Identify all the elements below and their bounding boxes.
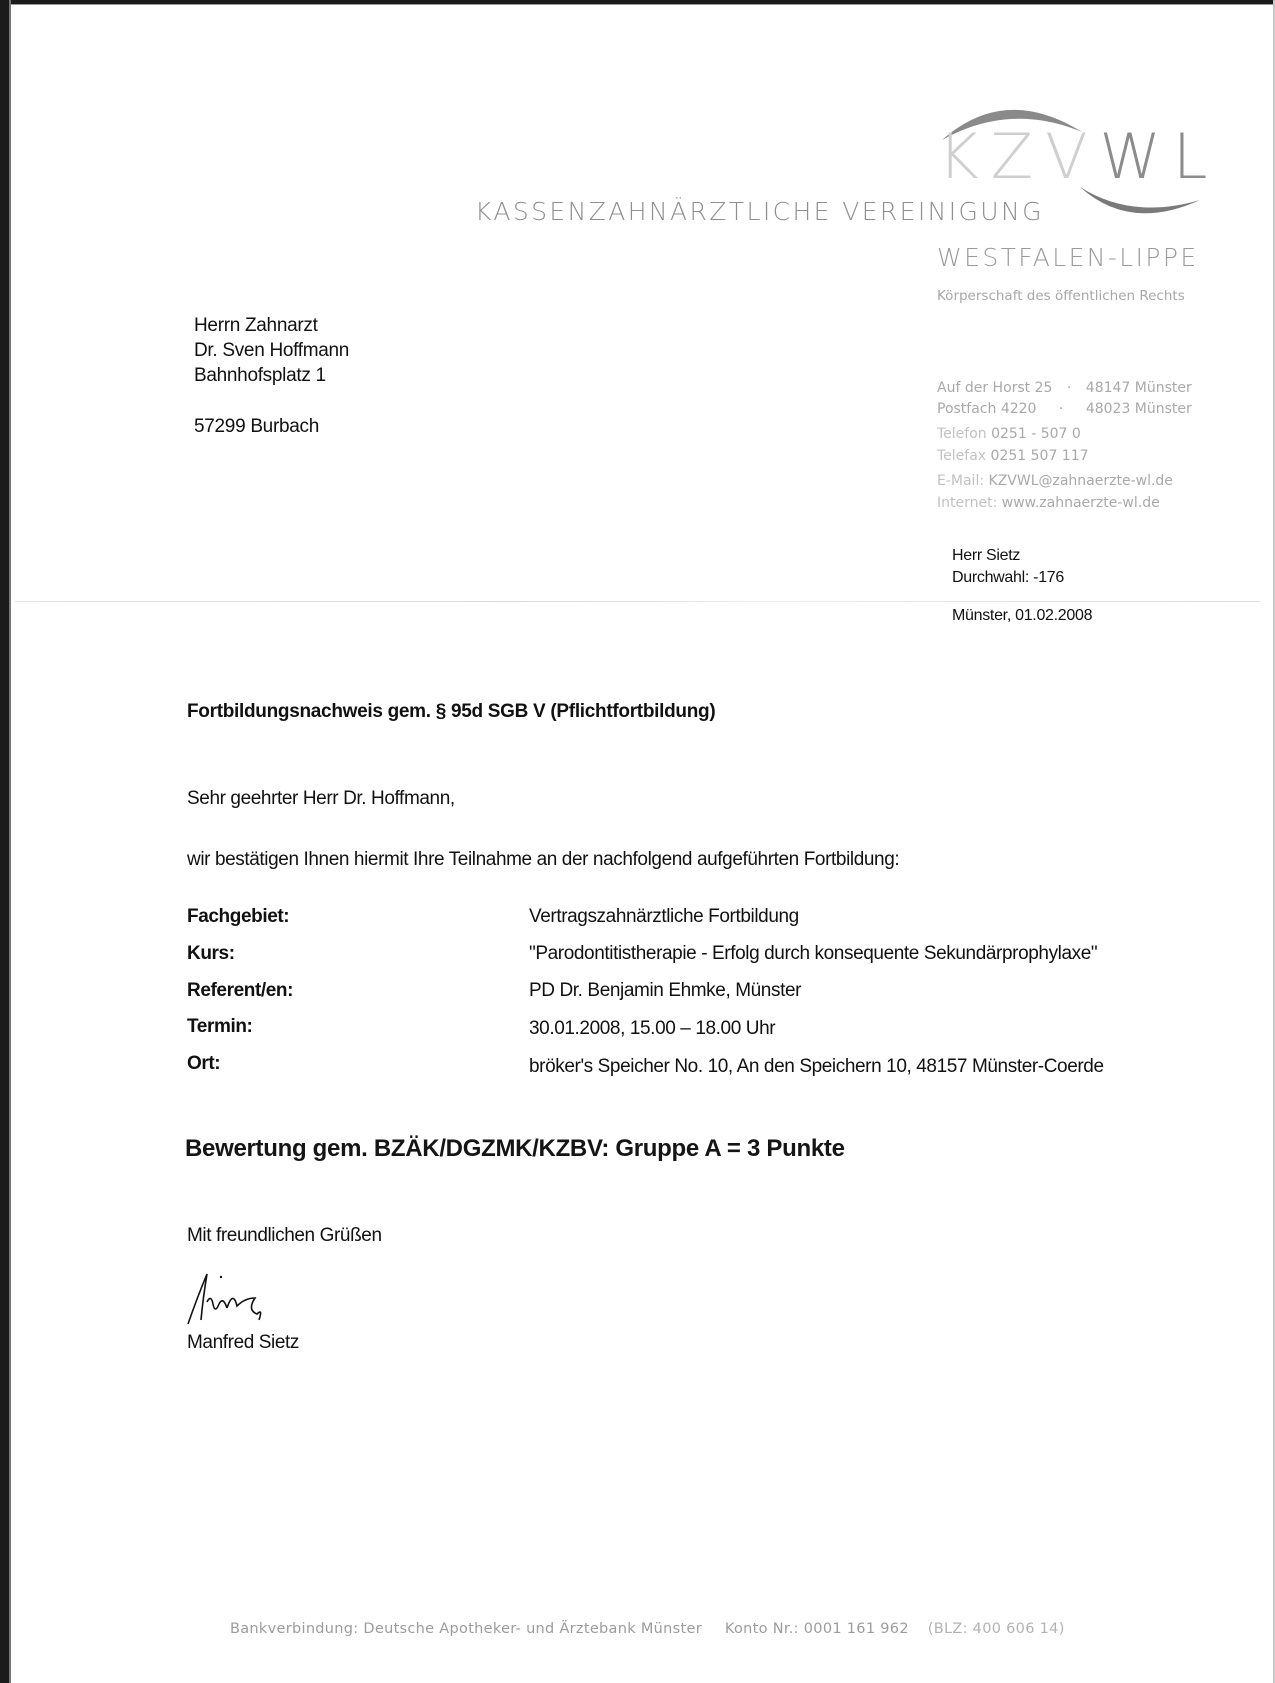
organization-name: KASSENZAHNÄRZTLICHE VEREINIGUNG [475, 197, 1044, 226]
detail-value-location: bröker's Speicher No. 10, An den Speiche… [529, 1056, 1104, 1078]
letter-subject: Fortbildungsnachweis gem. § 95d SGB V (P… [187, 701, 715, 723]
postbox-address: Postfach 4220 · 48023 Münster [937, 401, 1192, 417]
scan-border-top-edge [0, 4, 1275, 5]
email-link[interactable]: KZVWL@zahnaerzte-wl.de [989, 473, 1173, 489]
detail-label-course: Kurs: [187, 943, 235, 965]
fax: Telefax 0251 507 117 [937, 448, 1089, 464]
fax-label: Telefax [937, 448, 986, 464]
web-label: Internet: [937, 495, 997, 511]
recipient-street: Bahnhofsplatz 1 [194, 365, 326, 387]
account-number: Konto Nr.: 0001 161 962 [725, 1621, 909, 1637]
scan-border-left [0, 0, 9, 1683]
separator: · [1059, 401, 1063, 417]
phone-label: Telefon [937, 426, 987, 442]
contact-person: Herr Sietz [952, 547, 1020, 565]
salutation: Sehr geehrter Herr Dr. Hoffmann, [187, 788, 455, 810]
detail-value-course: "Parodontitistherapie - Erfolg durch kon… [529, 943, 1097, 965]
phone: Telefon 0251 - 507 0 [937, 426, 1081, 442]
organization-region: WESTFALEN-LIPPE [937, 243, 1199, 272]
bank-code: (BLZ: 400 606 14) [928, 1621, 1065, 1637]
paper-fold-line [15, 601, 1260, 602]
signatory-name: Manfred Sietz [187, 1332, 299, 1354]
email: E-Mail: KZVWL@zahnaerzte-wl.de [937, 473, 1173, 489]
street-city: 48147 Münster [1086, 380, 1192, 396]
street: Auf der Horst 25 [937, 380, 1052, 396]
closing: Mit freundlichen Grüßen [187, 1225, 382, 1247]
phone-value: 0251 - 507 0 [991, 426, 1081, 442]
detail-label-field: Fachgebiet: [187, 906, 289, 928]
bank-details-footer: Bankverbindung: Deutsche Apotheker- und … [230, 1621, 1065, 1637]
logo-letters-light: KZV [938, 120, 1100, 193]
separator: · [1067, 380, 1071, 396]
bank-name: Bankverbindung: Deutsche Apotheker- und … [230, 1621, 702, 1637]
detail-label-date: Termin: [187, 1016, 252, 1038]
fax-value: 0251 507 117 [991, 448, 1089, 464]
rating-points: Bewertung gem. BZÄK/DGZMK/KZBV: Gruppe A… [185, 1135, 845, 1163]
postbox-city: 48023 Münster [1086, 401, 1192, 417]
place-date: Münster, 01.02.2008 [952, 607, 1092, 625]
recipient-city: 57299 Burbach [194, 416, 319, 438]
website-link[interactable]: www.zahnaerzte-wl.de [1002, 495, 1160, 511]
intro-text: wir bestätigen Ihnen hiermit Ihre Teilna… [187, 849, 899, 871]
recipient-line-1: Herrn Zahnarzt [194, 315, 318, 337]
recipient-name: Dr. Sven Hoffmann [194, 340, 349, 362]
detail-label-speaker: Referent/en: [187, 980, 293, 1002]
detail-label-location: Ort: [187, 1053, 220, 1075]
email-label: E-Mail: [937, 473, 984, 489]
website: Internet: www.zahnaerzte-wl.de [937, 495, 1160, 511]
detail-value-field: Vertragszahnärztliche Fortbildung [529, 906, 799, 928]
legal-status: Körperschaft des öffentlichen Rechts [937, 288, 1185, 304]
logo-wordmark: KZVWL [938, 120, 1219, 193]
extension: Durchwahl: -176 [952, 569, 1064, 587]
detail-value-speaker: PD Dr. Benjamin Ehmke, Münster [529, 980, 801, 1002]
logo-letters-dark: WL [1100, 120, 1220, 193]
handwritten-signature-icon [185, 1268, 295, 1328]
street-address: Auf der Horst 25 · 48147 Münster [937, 380, 1192, 396]
detail-value-date: 30.01.2008, 15.00 – 18.00 Uhr [529, 1018, 775, 1040]
postbox: Postfach 4220 [937, 401, 1036, 417]
scan-border-left-edge [9, 0, 11, 1683]
